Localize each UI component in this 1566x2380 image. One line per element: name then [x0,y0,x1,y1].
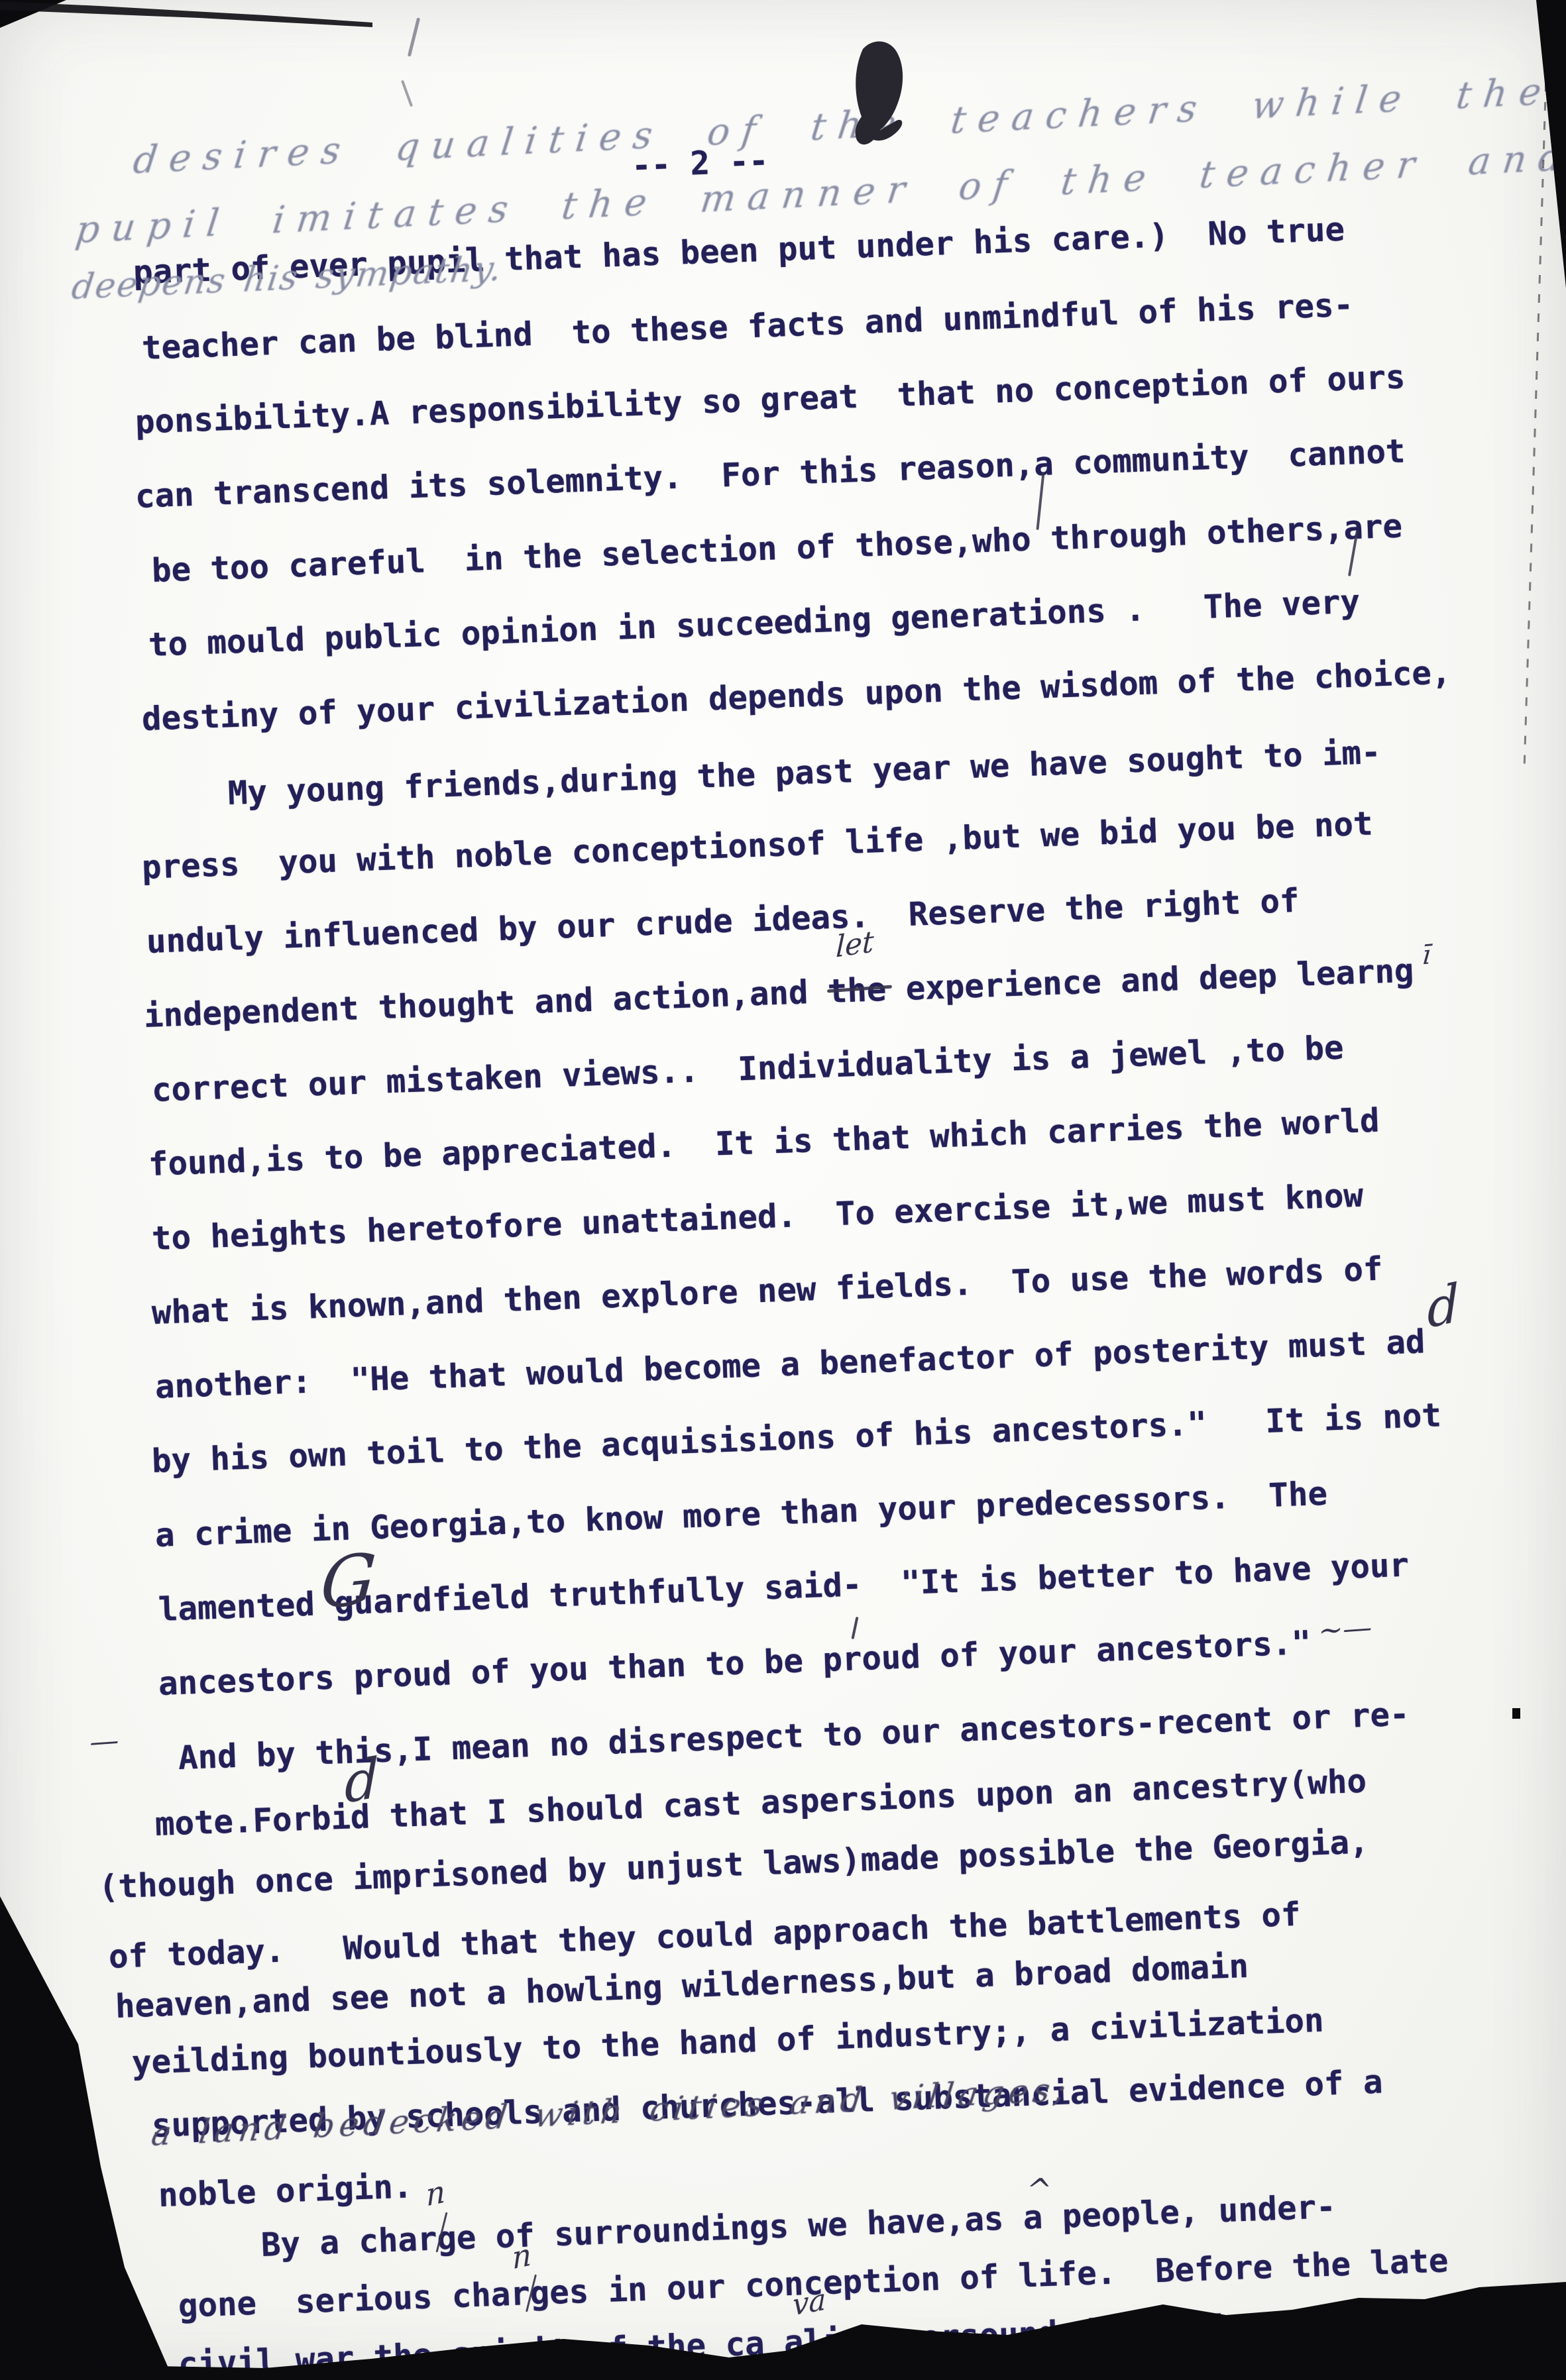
handwritten-annotation: d [1426,1277,1461,1337]
handwritten-annotation: let [835,928,874,963]
handwritten-annotation: va [793,2285,826,2321]
handwritten-annotation: G [319,1543,378,1619]
handwritten-annotation: — [88,1726,121,1758]
handwritten-annotation: d [345,1751,379,1812]
handwritten-annotation: n [425,2176,446,2211]
handwritten-annotation: ~— [1317,1613,1373,1646]
handwritten-annotation: n [512,2239,532,2274]
scanned-page: -- 2 -- part of ever pupil that has been… [0,0,1566,2380]
handwritten-annotation: ^ [1023,2175,1054,2205]
